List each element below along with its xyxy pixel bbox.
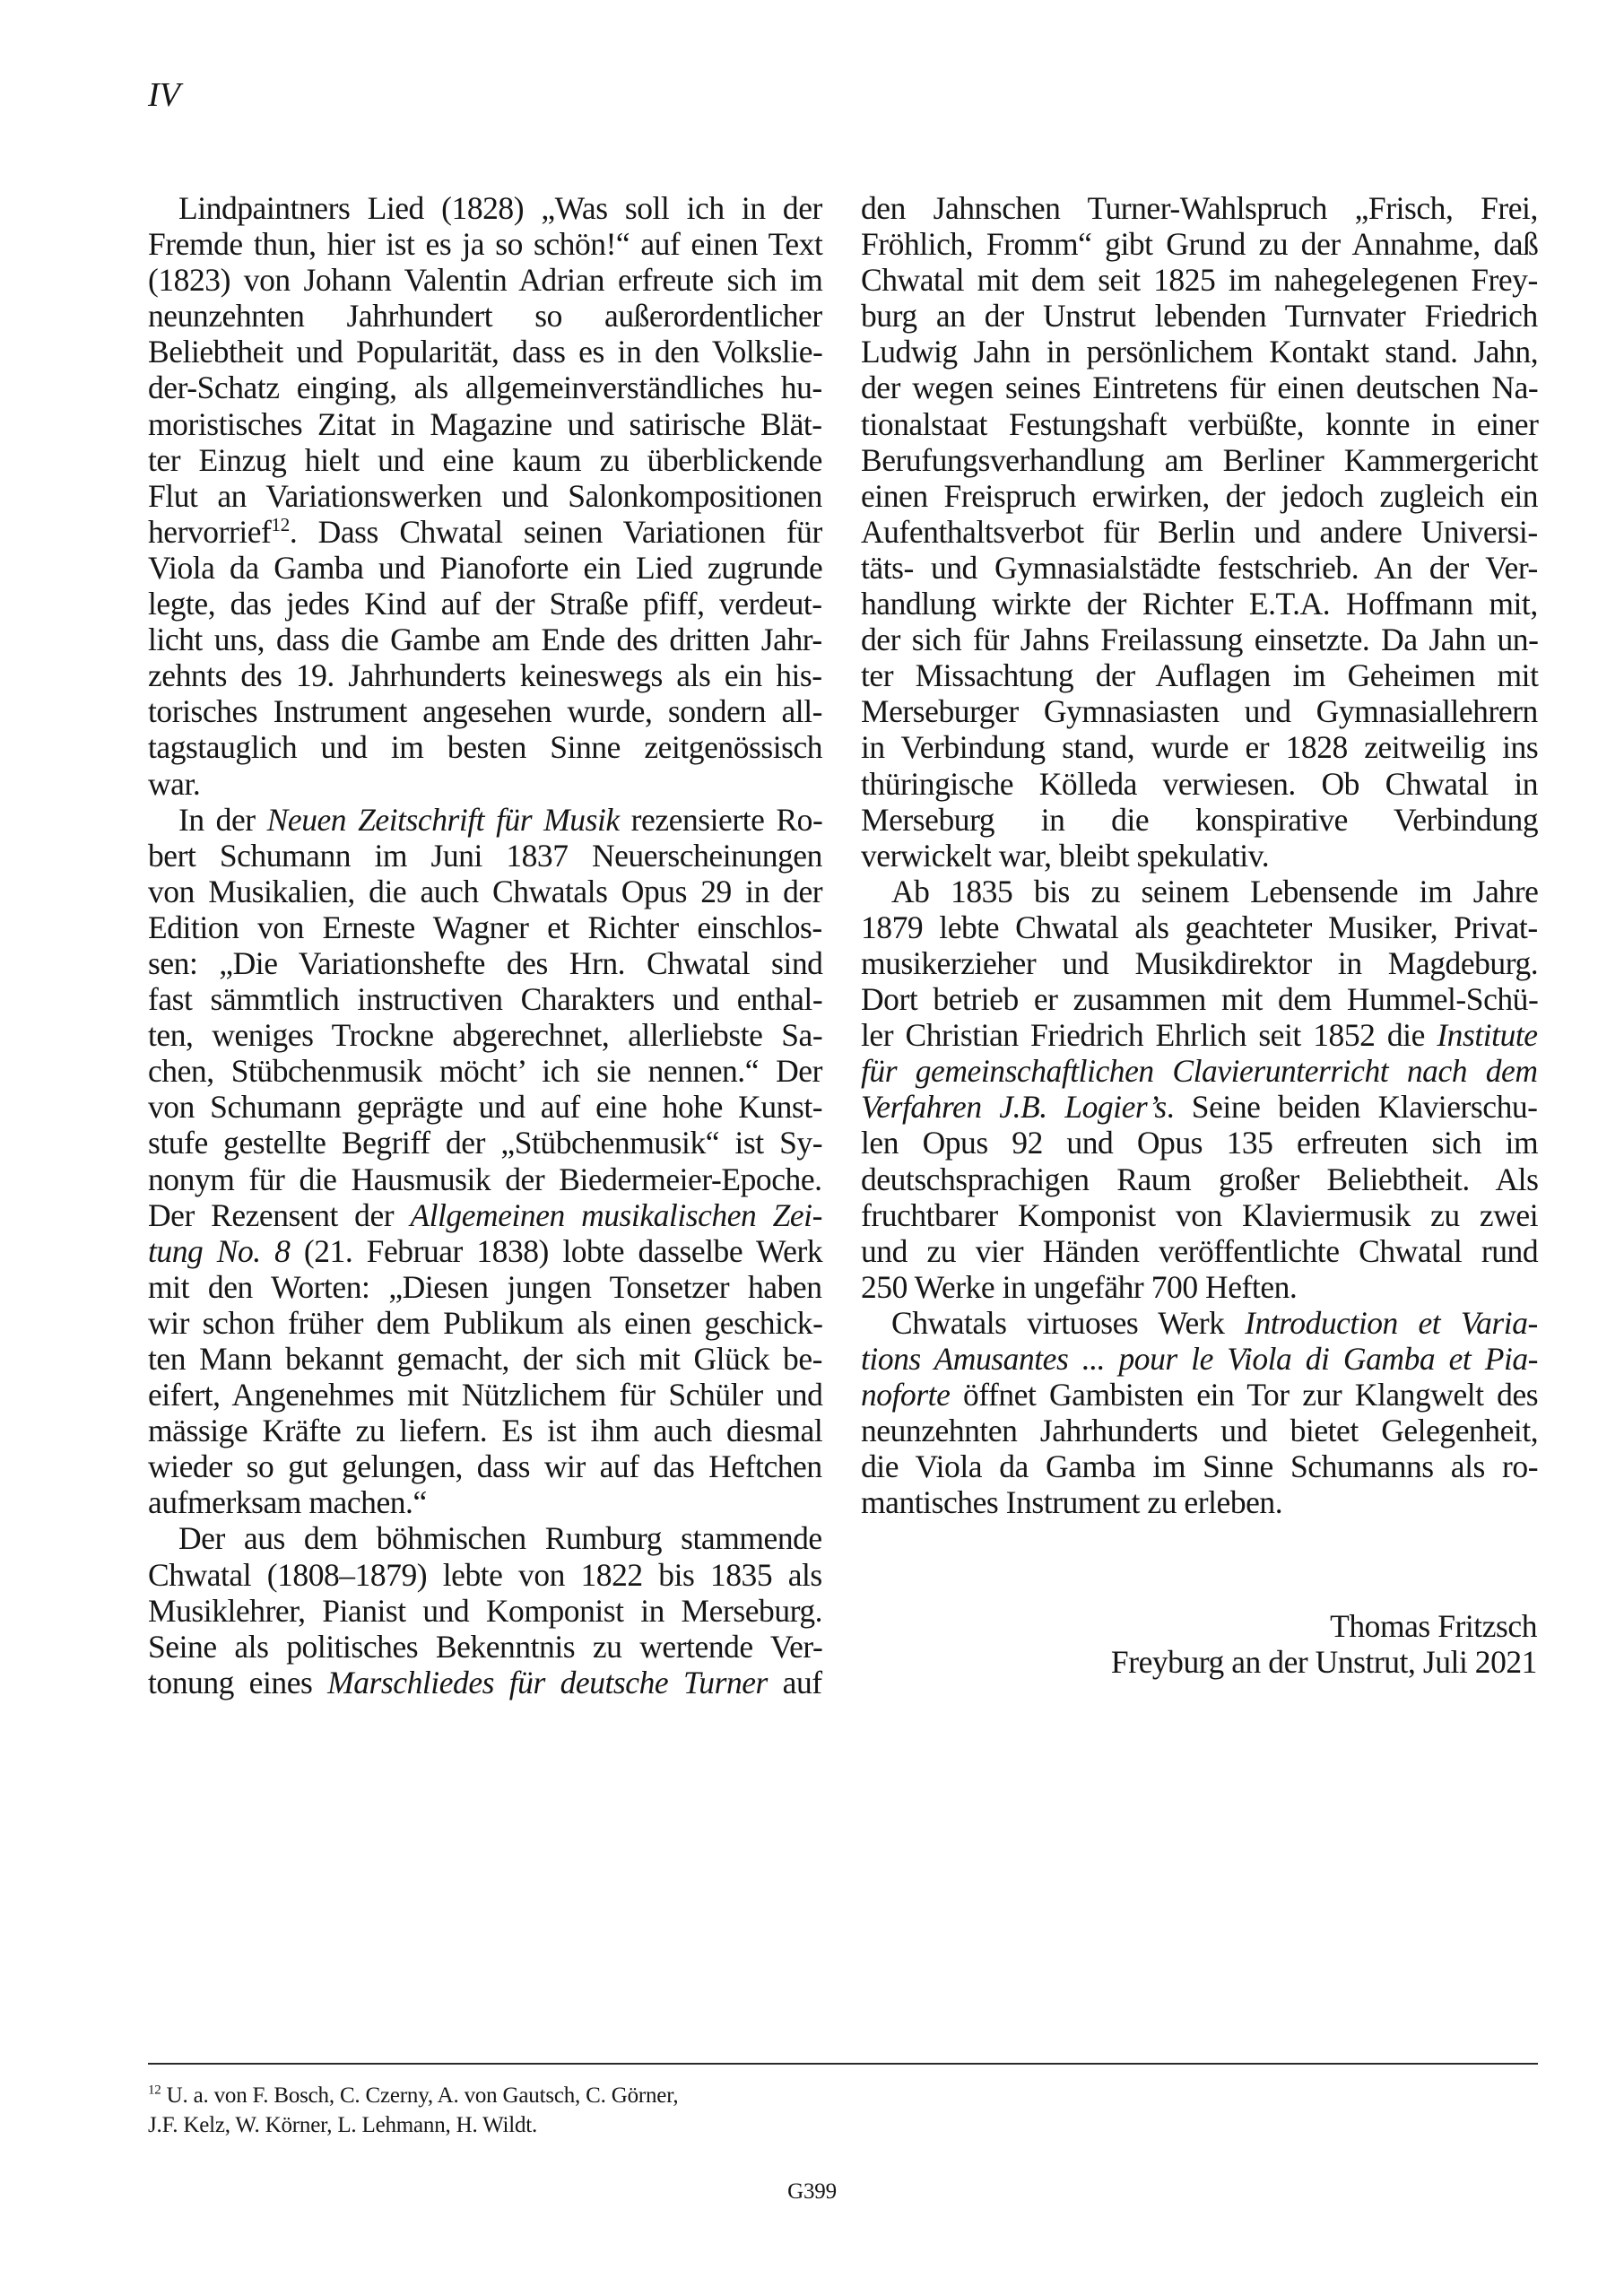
footnote-12: 12 U. a. von F. Bosch, C. Czerny, A. von… (148, 2081, 822, 2140)
text-line: torisches Instrument angesehen wurde, so… (148, 693, 822, 729)
text-line: der-Schatz einging, als allgemeinverstän… (148, 370, 822, 405)
text-line: Fremde thun, hier ist es ja so schön!“ a… (148, 226, 822, 262)
text-line: sen: „Die Variationshefte des Hrn. Chwat… (148, 945, 822, 981)
text-line: chen, Stübchenmusik möcht’ ich sie nenne… (148, 1053, 822, 1089)
text-line: ter Einzug hielt und eine kaum zu überbl… (148, 442, 822, 478)
text-line: thüringische Kölleda verwiesen. Ob Chwat… (861, 766, 1538, 802)
text-line: für gemeinschaftlichen Clavierunterricht… (861, 1053, 1538, 1089)
text-line: ler Christian Friedrich Ehrlich seit 185… (861, 1017, 1538, 1053)
text-line: der sich für Jahns Freilassung einsetzte… (861, 622, 1538, 657)
text-line: in Verbindung stand, wurde er 1828 zeitw… (861, 729, 1538, 765)
text-line: In der Neuen Zeitschrift für Musik rezen… (148, 802, 822, 838)
text-line: Ludwig Jahn in persönlichem Kontakt stan… (861, 334, 1538, 370)
text-line: stufe gestellte Begriff der „Stübchenmus… (148, 1125, 822, 1161)
text-line: Lindpaintners Lied (1828) „Was soll ich … (148, 190, 822, 226)
text-line: licht uns, dass die Gambe am Ende des dr… (148, 622, 822, 657)
text-run: auf (768, 1665, 822, 1700)
text-line: einen Freispruch erwirken, der jedoch zu… (861, 478, 1538, 514)
text-line: mantisches Instrument zu erleben. (861, 1484, 1538, 1520)
text-line: Beliebtheit und Popularität, dass es in … (148, 334, 822, 370)
text-line: verwickelt war, bleibt spekulativ. (861, 838, 1538, 874)
text-line: war. (148, 766, 822, 802)
text-line: mässige Kräfte zu liefern. Es ist ihm au… (148, 1413, 822, 1448)
text-line: moristisches Zitat in Magazine und satir… (148, 406, 822, 442)
text-line: ter Missachtung der Auflagen im Geheimen… (861, 657, 1538, 693)
text-line: noforte öffnet Gambisten ein Tor zur Kla… (861, 1377, 1538, 1413)
text-line: fast sämmtlich instructiven Charakters u… (148, 981, 822, 1017)
text-line: fruchtbarer Komponist von Klaviermusik z… (861, 1197, 1538, 1233)
text-run: rezensierte Ro- (620, 802, 823, 838)
text-line: tionalstaat Festungshaft verbüßte, konnt… (861, 406, 1538, 442)
place-date: Freyburg an der Unstrut, Juli 2021 (1111, 1644, 1537, 1680)
footnote-line-2: J.F. Kelz, W. Körner, L. Lehmann, H. Wil… (148, 2110, 822, 2140)
text-line: Ab 1835 bis zu seinem Lebensende im Jahr… (861, 874, 1538, 909)
italic-title: tung No. 8 (148, 1233, 290, 1269)
text-run: . Dass Chwatal seinen Variationen für (290, 514, 822, 550)
text-line: täts- und Gymnasialstädte festschrieb. A… (861, 550, 1538, 586)
text-line: Dort betrieb er zusammen mit dem Hummel-… (861, 981, 1538, 1017)
text-line: tonung eines Marschliedes für deutsche T… (148, 1665, 822, 1700)
footnote-reference[interactable]: 12 (271, 514, 289, 535)
italic-title: Verfahren J.B. Logier’s (861, 1089, 1167, 1125)
text-run: (21. Februar 1838) lobte dasselbe Werk (290, 1233, 822, 1269)
text-run: hervorrief (148, 514, 271, 550)
text-line: Verfahren J.B. Logier’s. Seine beiden Kl… (861, 1089, 1538, 1125)
text-line: 250 Werke in ungefähr 700 Heften. (861, 1269, 1538, 1305)
text-run: ler Christian Friedrich Ehrlich seit 185… (861, 1017, 1437, 1053)
page-label: IV (148, 75, 180, 115)
text-line: Chwatal (1808–1879) lebte von 1822 bis 1… (148, 1557, 822, 1593)
text-run: . Seine beiden Klavierschu- (1167, 1089, 1538, 1125)
text-line: tagstauglich und im besten Sinne zeitgen… (148, 729, 822, 765)
text-line: 1879 lebte Chwatal als geachteter Musike… (861, 909, 1538, 945)
text-line: Flut an Variationswerken und Salonkompos… (148, 478, 822, 514)
text-line: Der Rezensent der Allgemeinen musikalisc… (148, 1197, 822, 1233)
text-line: Musiklehrer, Pianist und Komponist in Me… (148, 1593, 822, 1629)
text-line: nonym für die Hausmusik der Biedermeier-… (148, 1161, 822, 1197)
text-line: neunzehnten Jahrhundert so außerordentli… (148, 298, 822, 334)
text-line: von Musikalien, die auch Chwatals Opus 2… (148, 874, 822, 909)
text-line: (1823) von Johann Valentin Adrian erfreu… (148, 262, 822, 298)
text-line: Seine als politisches Bekenntnis zu wert… (148, 1629, 822, 1665)
text-line: den Jahnschen Turner-Wahlspruch „Frisch,… (861, 190, 1538, 226)
text-line: Berufungsverhandlung am Berliner Kammerg… (861, 442, 1538, 478)
text-line: Aufenthaltsverbot für Berlin und andere … (861, 514, 1538, 550)
text-line: tung No. 8 (21. Februar 1838) lobte dass… (148, 1233, 822, 1269)
text-run: Der Rezensent der (148, 1197, 410, 1233)
text-run: tonung eines (148, 1665, 327, 1700)
italic-title: Introduction et Varia- (1245, 1305, 1538, 1341)
italic-title: Neuen Zeitschrift für Musik (267, 802, 620, 838)
text-line: handlung wirkte der Richter E.T.A. Hoffm… (861, 586, 1538, 622)
text-line: Merseburg in die konspirative Verbindung (861, 802, 1538, 838)
text-line: von Schumann geprägte und auf eine hohe … (148, 1089, 822, 1125)
text-line: der wegen seines Eintretens für einen de… (861, 370, 1538, 405)
text-line: burg an der Unstrut lebenden Turnvater F… (861, 298, 1538, 334)
text-line: hervorrief12. Dass Chwatal seinen Variat… (148, 514, 822, 550)
author-signature: Thomas Fritzsch (1330, 1608, 1537, 1644)
page-number: G399 (0, 2179, 1624, 2205)
text-line: deutschsprachigen Raum großer Beliebthei… (861, 1161, 1538, 1197)
text-line: musikerzieher und Musikdirektor in Magde… (861, 945, 1538, 981)
italic-title: noforte (861, 1377, 950, 1413)
italic-title: für gemeinschaftlichen Clavierunterricht… (861, 1053, 1538, 1089)
text-line: ten, weniges Trockne abgerechnet, allerl… (148, 1017, 822, 1053)
italic-title: tions Amusantes ... pour le Viola di Gam… (861, 1341, 1538, 1377)
text-line: len Opus 92 und Opus 135 erfreuten sich … (861, 1125, 1538, 1161)
footnote-marker: 12 (148, 2083, 161, 2098)
italic-title: Allgemeinen musikalischen Zei- (410, 1197, 822, 1233)
text-line: eifert, Angenehmes mit Nützlichem für Sc… (148, 1377, 822, 1413)
text-line: und zu vier Händen veröffentlichte Chwat… (861, 1233, 1538, 1269)
left-column: Lindpaintners Lied (1828) „Was soll ich … (148, 190, 822, 1700)
italic-title: Institute (1437, 1017, 1537, 1053)
text-line: legte, das jedes Kind auf der Straße pfi… (148, 586, 822, 622)
footnote-divider (148, 2063, 1538, 2065)
text-line: wieder so gut gelungen, dass wir auf das… (148, 1448, 822, 1484)
text-line: wir schon früher dem Publikum als einen … (148, 1305, 822, 1341)
text-run: Chwatals virtuoses Werk (891, 1305, 1245, 1341)
text-run: In der (178, 802, 267, 838)
text-line: ten Mann bekannt gemacht, der sich mit G… (148, 1341, 822, 1377)
text-run: öffnet Gambisten ein Tor zur Klangwelt d… (950, 1377, 1538, 1413)
italic-title: Marschliedes für deutsche Turner (327, 1665, 768, 1700)
text-line: Der aus dem böhmischen Rumburg stammende (148, 1520, 822, 1556)
text-line: Chwatals virtuoses Werk Introduction et … (861, 1305, 1538, 1341)
text-line: aufmerksam machen.“ (148, 1484, 822, 1520)
text-line: Viola da Gamba und Pianoforte ein Lied z… (148, 550, 822, 586)
text-line: bert Schumann im Juni 1837 Neuerscheinun… (148, 838, 822, 874)
text-line: zehnts des 19. Jahrhunderts keineswegs a… (148, 657, 822, 693)
text-line: mit den Worten: „Diesen jungen Tonsetzer… (148, 1269, 822, 1305)
right-column: den Jahnschen Turner-Wahlspruch „Frisch,… (861, 190, 1538, 1520)
text-line: tions Amusantes ... pour le Viola di Gam… (861, 1341, 1538, 1377)
text-line: Edition von Erneste Wagner et Richter ei… (148, 909, 822, 945)
text-line: Fröhlich, Fromm“ gibt Grund zu der Annah… (861, 226, 1538, 262)
text-line: Chwatal mit dem seit 1825 im nahegelegen… (861, 262, 1538, 298)
text-line: neunzehnten Jahrhunderts und bietet Gele… (861, 1413, 1538, 1448)
text-line: die Viola da Gamba im Sinne Schumanns al… (861, 1448, 1538, 1484)
footnote-line-1: 12 U. a. von F. Bosch, C. Czerny, A. von… (148, 2081, 822, 2110)
text-line: Merseburger Gymnasiasten und Gymnasialle… (861, 693, 1538, 729)
